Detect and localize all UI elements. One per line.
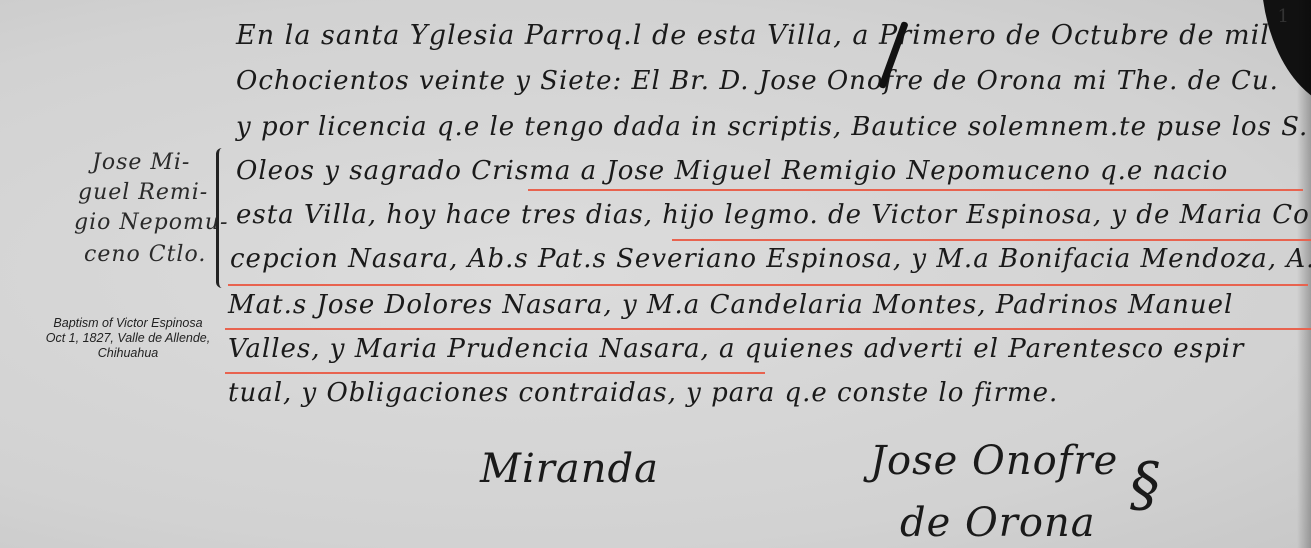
text-line-2: Ochocientos veinte y Siete: El Br. D. Jo…: [236, 66, 1279, 96]
signature-onofre-line-1: Jose Onofre: [870, 438, 1118, 484]
document-scan: 1 Baptism of Victor Espinosa Oct 1, 1827…: [0, 0, 1311, 548]
highlight-paternal-grandparents: [228, 284, 1308, 286]
highlight-child-name: [528, 189, 1303, 191]
text-line-6: cepcion Nasara, Ab.s Pat.s Severiano Esp…: [230, 244, 1311, 274]
text-line-8: Valles, y Maria Prudencia Nasara, a quie…: [228, 334, 1244, 364]
page-edge-shade: [1297, 0, 1311, 548]
margin-note-line-3: gio Nepomu-: [74, 210, 228, 235]
caption-line-1: Baptism of Victor Espinosa: [28, 316, 228, 331]
highlight-godparents: [225, 372, 765, 374]
text-line-3: y por licencia q.e le tengo dada in scri…: [236, 112, 1308, 142]
margin-note-line-1: Jose Mi-: [92, 150, 190, 175]
highlight-parents: [672, 239, 1311, 241]
page-number: 1: [1278, 6, 1289, 27]
text-line-9: tual, y Obligaciones contraidas, y para …: [228, 378, 1058, 408]
text-line-7: Mat.s Jose Dolores Nasara, y M.a Candela…: [228, 290, 1233, 320]
text-line-1: En la santa Yglesia Parroq.l de esta Vil…: [236, 20, 1270, 51]
rubric-flourish-icon: §: [1130, 450, 1161, 520]
highlight-maternal-grandparents: [225, 328, 1311, 330]
text-line-5: esta Villa, hoy hace tres dias, hijo leg…: [236, 200, 1311, 230]
image-caption: Baptism of Victor Espinosa Oct 1, 1827, …: [28, 316, 228, 361]
margin-bracket: [216, 148, 225, 288]
caption-line-2: Oct 1, 1827, Valle de Allende,: [28, 331, 228, 346]
text-line-4: Oleos y sagrado Crisma a Jose Miguel Rem…: [236, 156, 1228, 186]
signature-miranda: Miranda: [480, 446, 659, 492]
caption-line-3: Chihuahua: [28, 346, 228, 361]
margin-note-line-2: guel Remi-: [78, 180, 208, 205]
signature-onofre-line-2: de Orona: [900, 500, 1096, 546]
margin-note-line-4: ceno Ctlo.: [84, 242, 206, 267]
